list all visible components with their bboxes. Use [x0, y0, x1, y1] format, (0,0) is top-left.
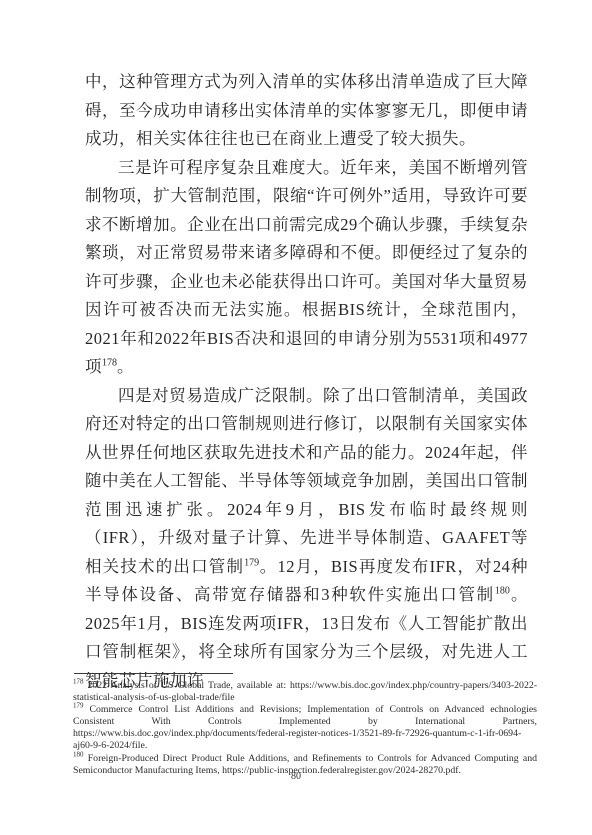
- footnote-separator: [74, 673, 233, 674]
- paragraph: 四是对贸易造成广泛限制。除了出口管制清单，美国政府还对特定的出口管制规则进行修订…: [85, 382, 528, 696]
- document-page: 中，这种管理方式为列入清单的实体移出清单造成了巨大障碍，至今成功申请移出实体清单…: [0, 0, 592, 835]
- footnote: 179 Commerce Control List Additions and …: [73, 704, 537, 752]
- paragraph: 中，这种管理方式为列入清单的实体移出清单造成了巨大障碍，至今成功申请移出实体清单…: [85, 68, 528, 154]
- footnote-reference: 180: [495, 586, 510, 597]
- footnote: 178 2022 Analysis of US Global Trade, av…: [73, 680, 537, 704]
- footnote-marker: 178: [73, 678, 84, 686]
- text-run: 中，这种管理方式为列入清单的实体移出清单造成了巨大障碍，至今成功申请移出实体清单…: [85, 72, 528, 148]
- text-run: 。: [117, 357, 134, 376]
- page-number: 80: [0, 771, 592, 782]
- paragraph: 三是许可程序复杂且难度大。近年来，美国不断增列管制物项，扩大管制范围，限缩“许可…: [85, 154, 528, 382]
- footnote-marker: 179: [73, 702, 84, 710]
- footnotes: 178 2022 Analysis of US Global Trade, av…: [73, 680, 537, 777]
- footnote-marker: 180: [73, 750, 84, 758]
- footnote-reference: 178: [102, 358, 117, 369]
- body-text: 中，这种管理方式为列入清单的实体移出清单造成了巨大障碍，至今成功申请移出实体清单…: [85, 68, 528, 695]
- text-run: 三是许可程序复杂且难度大。近年来，美国不断增列管制物项，扩大管制范围，限缩“许可…: [85, 158, 528, 377]
- text-run: 四是对贸易造成广泛限制。除了出口管制清单，美国政府还对特定的出口管制规则进行修订…: [85, 386, 528, 576]
- footnote-reference: 179: [244, 557, 259, 568]
